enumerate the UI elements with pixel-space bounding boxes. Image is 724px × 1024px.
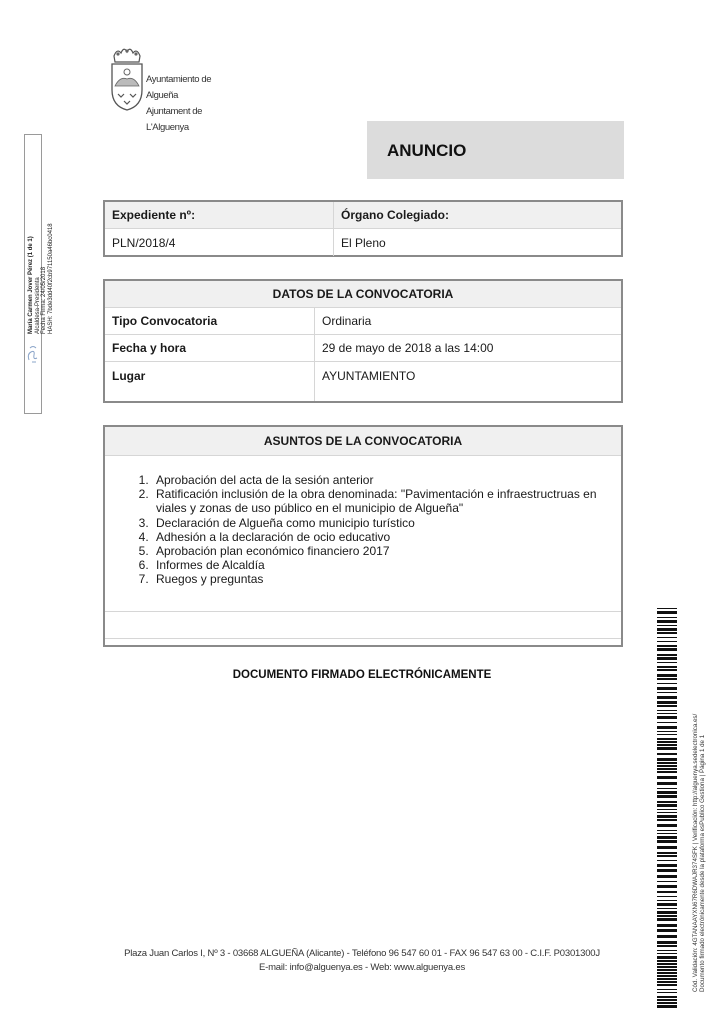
organo-label: Órgano Colegiado:	[334, 202, 621, 228]
tipo-value: Ordinaria	[315, 308, 621, 334]
footer-line-1: Plaza Juan Carlos I, Nº 3 - 03668 ALGUEÑ…	[0, 947, 724, 961]
signed-notice: DOCUMENTO FIRMADO ELECTRÓNICAMENTE	[0, 669, 724, 681]
signature-stamp-icon	[26, 342, 40, 364]
signature-hash: HASH: 7bde3dd40f2cb971150a46bc0418	[48, 223, 55, 334]
lugar-value: AYUNTAMIENTO	[315, 362, 621, 401]
fecha-label: Fecha y hora	[105, 335, 315, 361]
table-header-row: DATOS DE LA CONVOCATORIA	[105, 281, 621, 308]
verification-platform: Documento firmado electrónicamente desde…	[699, 714, 706, 992]
table-row: PLN/2018/4 El Pleno	[105, 229, 621, 256]
list-item: Adhesión a la declaración de ocio educat…	[152, 530, 621, 544]
table-row: Tipo Convocatoria Ordinaria	[105, 308, 621, 335]
lugar-label: Lugar	[105, 362, 315, 401]
table-row: Lugar AYUNTAMIENTO	[105, 362, 621, 401]
agenda-list-cell: Aprobación del acta de la sesión anterio…	[105, 456, 621, 612]
table-header-row: ASUNTOS DE LA CONVOCATORIA	[105, 427, 621, 456]
empty-row	[105, 612, 621, 639]
asuntos-convocatoria-table: ASUNTOS DE LA CONVOCATORIA Aprobación de…	[103, 425, 623, 647]
list-item: Informes de Alcaldía	[152, 558, 621, 572]
organo-value: El Pleno	[334, 229, 621, 256]
verification-code: Cód. Validación: 4GTANAAYXN67R6DWAJR374S…	[692, 714, 699, 992]
announcement-title-box: ANUNCIO	[367, 121, 624, 179]
expediente-value: PLN/2018/4	[105, 229, 334, 256]
list-item: Ratificación inclusión de la obra denomi…	[152, 487, 621, 515]
expediente-label: Expediente nº:	[105, 202, 334, 228]
verification-text: Cód. Validación: 4GTANAAYXN67R6DWAJR374S…	[692, 714, 706, 992]
fecha-value: 29 de mayo de 2018 a las 14:00	[315, 335, 621, 361]
signer-name: María Carmen Jover Pérez (1 de 1)	[28, 223, 35, 334]
empty-row	[105, 639, 621, 665]
list-item: Aprobación plan económico financiero 201…	[152, 544, 621, 558]
datos-title: DATOS DE LA CONVOCATORIA	[105, 281, 621, 307]
announcement-title: ANUNCIO	[387, 141, 466, 161]
table-row: Fecha y hora 29 de mayo de 2018 a las 14…	[105, 335, 621, 362]
org-name-va: Ajuntament de L'Alguenya	[146, 104, 226, 136]
datos-convocatoria-table: DATOS DE LA CONVOCATORIA Tipo Convocator…	[103, 279, 623, 403]
expediente-table: Expediente nº: Órgano Colegiado: PLN/201…	[103, 200, 623, 257]
footer-line-2: E-mail: info@alguenya.es - Web: www.algu…	[0, 961, 724, 975]
list-item: Aprobación del acta de la sesión anterio…	[152, 473, 621, 487]
tipo-label: Tipo Convocatoria	[105, 308, 315, 334]
coat-of-arms-icon	[108, 46, 146, 112]
barcode-icon	[657, 608, 677, 1012]
table-header-row: Expediente nº: Órgano Colegiado:	[105, 202, 621, 229]
footer-address: Plaza Juan Carlos I, Nº 3 - 03668 ALGUEÑ…	[0, 947, 724, 975]
municipal-logo: Ayuntamiento de Algueña Ajuntament de L'…	[106, 46, 226, 114]
signature-info: María Carmen Jover Pérez (1 de 1) Alcald…	[28, 223, 54, 334]
asuntos-title: ASUNTOS DE LA CONVOCATORIA	[105, 427, 621, 455]
org-name-es: Ayuntamiento de Algueña	[146, 72, 226, 104]
agenda-list: Aprobación del acta de la sesión anterio…	[105, 473, 621, 587]
list-item: Ruegos y preguntas	[152, 572, 621, 586]
list-item: Declaración de Algueña como municipio tu…	[152, 516, 621, 530]
